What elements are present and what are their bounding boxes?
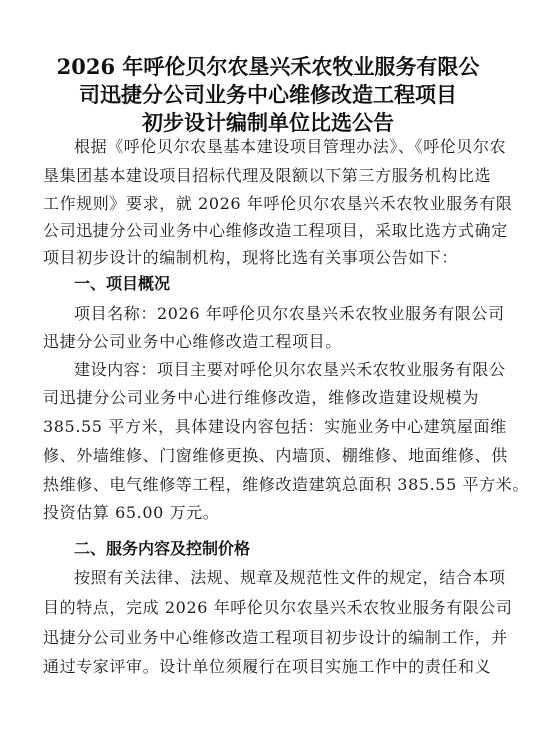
document-title-line-1: 2026 年呼伦贝尔农垦兴禾农牧业服务有限公 (0, 55, 536, 79)
document-title-line-3: 初步设计编制单位比选公告 (0, 111, 536, 135)
section-heading-service-content: 二、服务内容及控制价格 (74, 539, 250, 559)
document-title-line-2: 司迅捷分公司业务中心维修改造工程项目 (0, 83, 536, 107)
section-heading-project-overview: 一、项目概况 (74, 274, 170, 294)
construction-content-line: 投资估算 65.00 万元。 (43, 503, 479, 523)
service-content-line: 按照有关法律、法规、规章及规范性文件的规定，结合本项 (74, 568, 479, 588)
construction-content-line: 385.55 平方米，具体建设内容包括：实施业务中心建筑屋面维 (43, 417, 479, 437)
intro-paragraph-line: 项目初步设计的编制机构，现将比选有关事项公告如下： (43, 248, 479, 268)
construction-content-line: 建设内容：项目主要对呼伦贝尔农垦兴禾农牧业服务有限公 (74, 360, 479, 380)
project-name-line: 项目名称：2026 年呼伦贝尔农垦兴禾农牧业服务有限公司 (74, 304, 479, 324)
intro-paragraph-line: 工作规则》要求，就 2026 年呼伦贝尔农垦兴禾农牧业服务有限 (43, 194, 479, 214)
intro-paragraph-line: 垦集团基本建设项目招标代理及限额以下第三方服务机构比选 (43, 166, 479, 186)
construction-content-line: 修、外墙维修、门窗维修更换、内墙顶、棚维修、地面维修、供 (43, 446, 479, 466)
service-content-line: 通过专家评审。设计单位须履行在项目实施工作中的责任和义 (43, 657, 479, 677)
construction-content-line: 热维修、电气维修等工程，维修改造建筑总面积 385.55 平方米。 (43, 475, 479, 495)
project-name-line: 迅捷分公司业务中心维修改造工程项目。 (43, 332, 479, 352)
document-page: 2026 年呼伦贝尔农垦兴禾农牧业服务有限公 司迅捷分公司业务中心维修改造工程项… (0, 0, 536, 740)
service-content-line: 迅捷分公司业务中心维修改造工程项目初步设计的编制工作，并 (43, 628, 479, 648)
service-content-line: 目的特点，完成 2026 年呼伦贝尔农垦兴禾农牧业服务有限公司 (43, 598, 479, 618)
intro-paragraph-line: 根据《呼伦贝尔农垦基本建设项目管理办法》、《呼伦贝尔农 (74, 137, 479, 157)
intro-paragraph-line: 公司迅捷分公司业务中心维修改造工程项目，采取比选方式确定 (43, 221, 479, 241)
construction-content-line: 司迅捷分公司业务中心进行维修改造，维修改造建设规模为 (43, 388, 479, 408)
